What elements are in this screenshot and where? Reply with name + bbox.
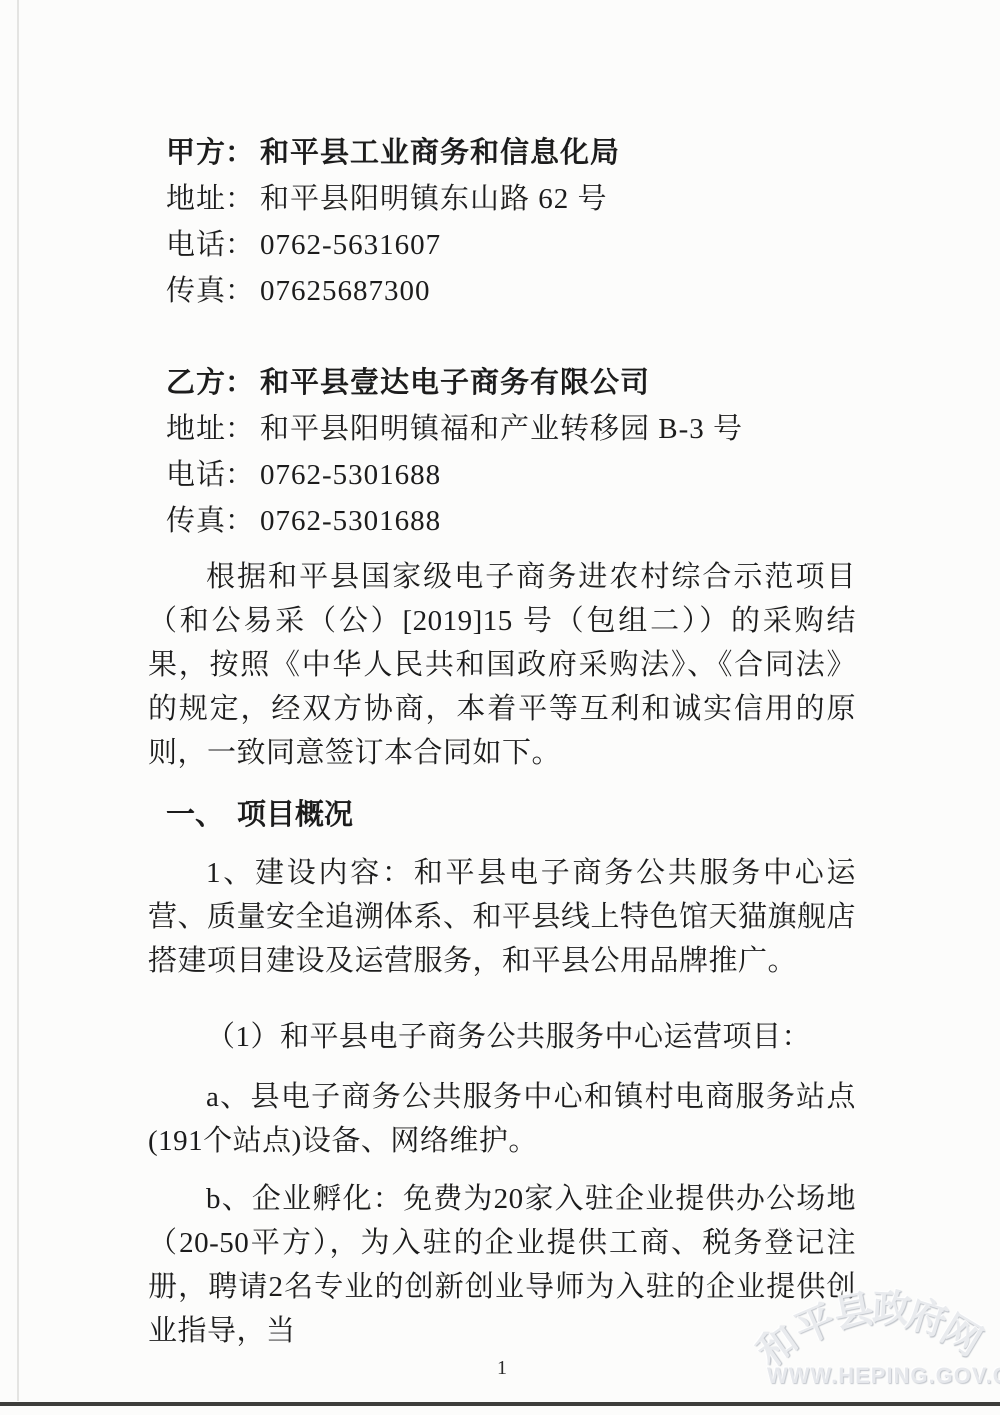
- contract-document-page: 甲方：和平县工业商务和信息化局 地址：和平县阳明镇东山路 62 号 电话：076…: [0, 0, 1000, 1383]
- intro-paragraph: 根据和平县国家级电子商务进农村综合示范项目（和公易采（公）[2019]15 号（…: [148, 555, 856, 775]
- field-label-char1: 传: [166, 498, 195, 544]
- party-b-name-row: 乙方：和平县壹达电子商务有限公司: [166, 360, 1000, 406]
- field-label-char2: 话：: [196, 452, 254, 498]
- party-b-phone-row: 电话：0762-5301688: [166, 452, 1000, 498]
- field-label: 传真：: [166, 268, 254, 314]
- field-label: 地址：: [166, 406, 254, 452]
- field-label-char2: 址：: [196, 406, 254, 452]
- party-b-block: 乙方：和平县壹达电子商务有限公司 地址：和平县阳明镇福和产业转移园 B-3 号 …: [166, 360, 1000, 544]
- field-label-char2: 真：: [196, 268, 254, 314]
- party-a-fax-row: 传真：07625687300: [166, 268, 1000, 314]
- party-b-phone-value: 0762-5301688: [260, 459, 441, 491]
- field-label-char2: 真：: [196, 498, 254, 544]
- party-a-address-value: 和平县阳明镇东山路 62 号: [260, 183, 608, 215]
- party-a-name-value: 和平县工业商务和信息化局: [260, 137, 620, 169]
- field-label-char2: 址：: [196, 176, 254, 222]
- field-label-char1: 地: [166, 176, 195, 222]
- party-b-address-value: 和平县阳明镇福和产业转移园 B-3 号: [260, 413, 743, 445]
- paragraph-subitem-1: （1）和平县电子商务公共服务中心运营项目：: [148, 1015, 856, 1059]
- party-b-address-row: 地址：和平县阳明镇福和产业转移园 B-3 号: [166, 406, 1000, 452]
- field-label-char1: 乙: [166, 360, 195, 406]
- field-label: 甲方：: [166, 130, 254, 176]
- section-1-number: 一、: [166, 799, 224, 831]
- party-a-phone-row: 电话：0762-5631607: [166, 222, 1000, 268]
- watermark-website-url: WWW.HEPING.GOV.CN: [767, 1363, 1000, 1389]
- party-a-name-row: 甲方：和平县工业商务和信息化局: [166, 130, 1000, 176]
- field-label-char2: 方：: [196, 130, 254, 176]
- field-label: 地址：: [166, 176, 254, 222]
- field-label-char2: 方：: [196, 360, 254, 406]
- field-label: 传真：: [166, 498, 254, 544]
- party-a-address-row: 地址：和平县阳明镇东山路 62 号: [166, 176, 1000, 222]
- scan-bottom-edge-line: [0, 1402, 1000, 1406]
- party-a-block: 甲方：和平县工业商务和信息化局 地址：和平县阳明镇东山路 62 号 电话：076…: [166, 130, 1000, 314]
- field-label: 电话：: [166, 452, 254, 498]
- field-label-char1: 传: [166, 268, 195, 314]
- field-label: 电话：: [166, 222, 254, 268]
- page-number: 1: [148, 1353, 856, 1383]
- field-label-char1: 电: [166, 452, 195, 498]
- paragraph-construction-content: 1、建设内容：和平县电子商务公共服务中心运营、质量安全追溯体系、和平县线上特色馆…: [148, 851, 856, 983]
- section-1-heading: 一、项目概况: [166, 793, 1000, 837]
- party-a-fax-value: 07625687300: [260, 275, 431, 307]
- field-label: 乙方：: [166, 360, 254, 406]
- party-b-fax-value: 0762-5301688: [260, 505, 441, 537]
- field-label-char1: 电: [166, 222, 195, 268]
- field-label-char1: 甲: [166, 130, 195, 176]
- paragraph-item-a: a、县电子商务公共服务中心和镇村电商服务站点(191个站点)设备、网络维护。: [148, 1075, 856, 1163]
- field-label-char1: 地: [166, 406, 195, 452]
- party-a-phone-value: 0762-5631607: [260, 229, 441, 261]
- party-b-name-value: 和平县壹达电子商务有限公司: [260, 367, 650, 399]
- field-label-char2: 话：: [196, 222, 254, 268]
- section-1-title: 项目概况: [237, 799, 353, 831]
- party-b-fax-row: 传真：0762-5301688: [166, 498, 1000, 544]
